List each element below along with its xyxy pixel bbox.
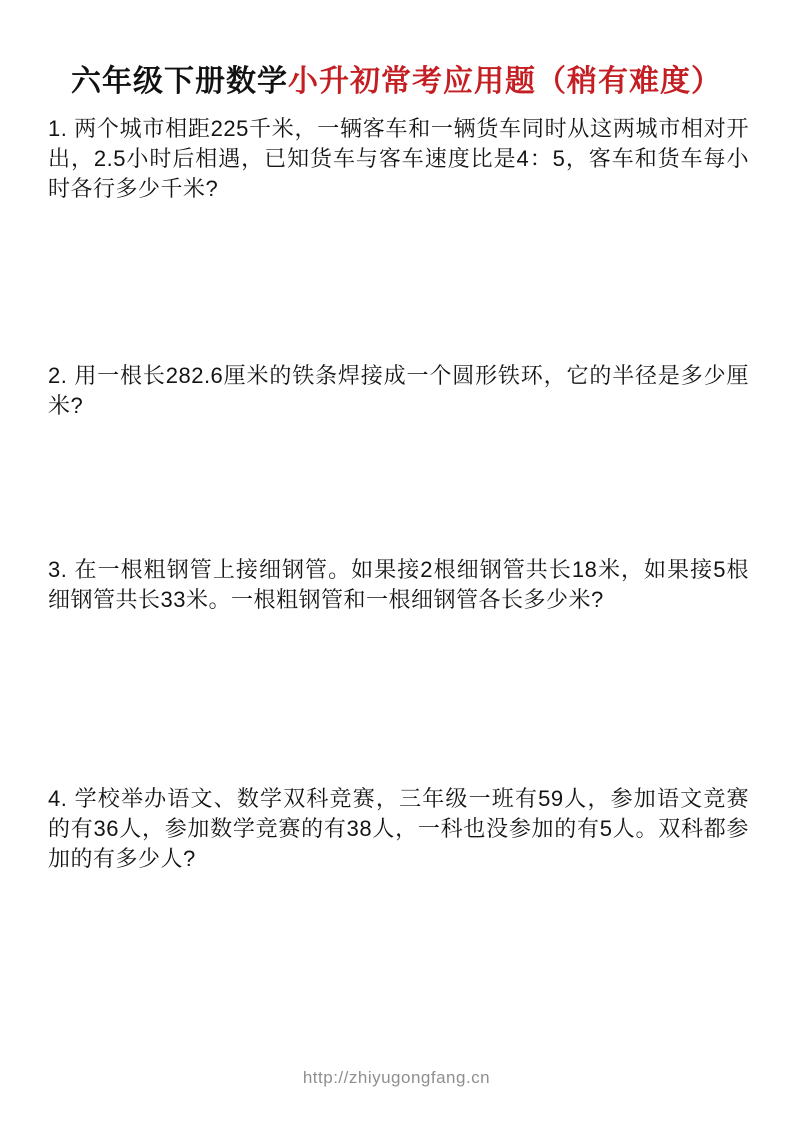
question-1-text: 1. 两个城市相距225千米，一辆客车和一辆货车同时从这两城市相对开出，2.5小… bbox=[48, 114, 749, 204]
footer-url: http://zhiyugongfang.cn bbox=[0, 1068, 793, 1088]
question-4-text: 4. 学校举办语文、数学双科竞赛，三年级一班有59人，参加语文竞赛的有36人，参… bbox=[48, 784, 749, 874]
question-2-text: 2. 用一根长282.6厘米的铁条焊接成一个圆形铁环，它的半径是多少厘米? bbox=[48, 361, 749, 421]
page-title: 六年级下册数学小升初常考应用题（稍有难度） bbox=[0, 56, 793, 100]
worksheet-page: 六年级下册数学小升初常考应用题（稍有难度） 1. 两个城市相距225千米，一辆客… bbox=[0, 0, 793, 1122]
title-grade-segment: 六年级下册数学 bbox=[71, 65, 288, 98]
question-3-text: 3. 在一根粗钢管上接细钢管。如果接2根细钢管共长18米，如果接5根细钢管共长3… bbox=[48, 555, 749, 615]
title-topic-segment: 小升初常考应用题（稍有难度） bbox=[288, 65, 722, 98]
